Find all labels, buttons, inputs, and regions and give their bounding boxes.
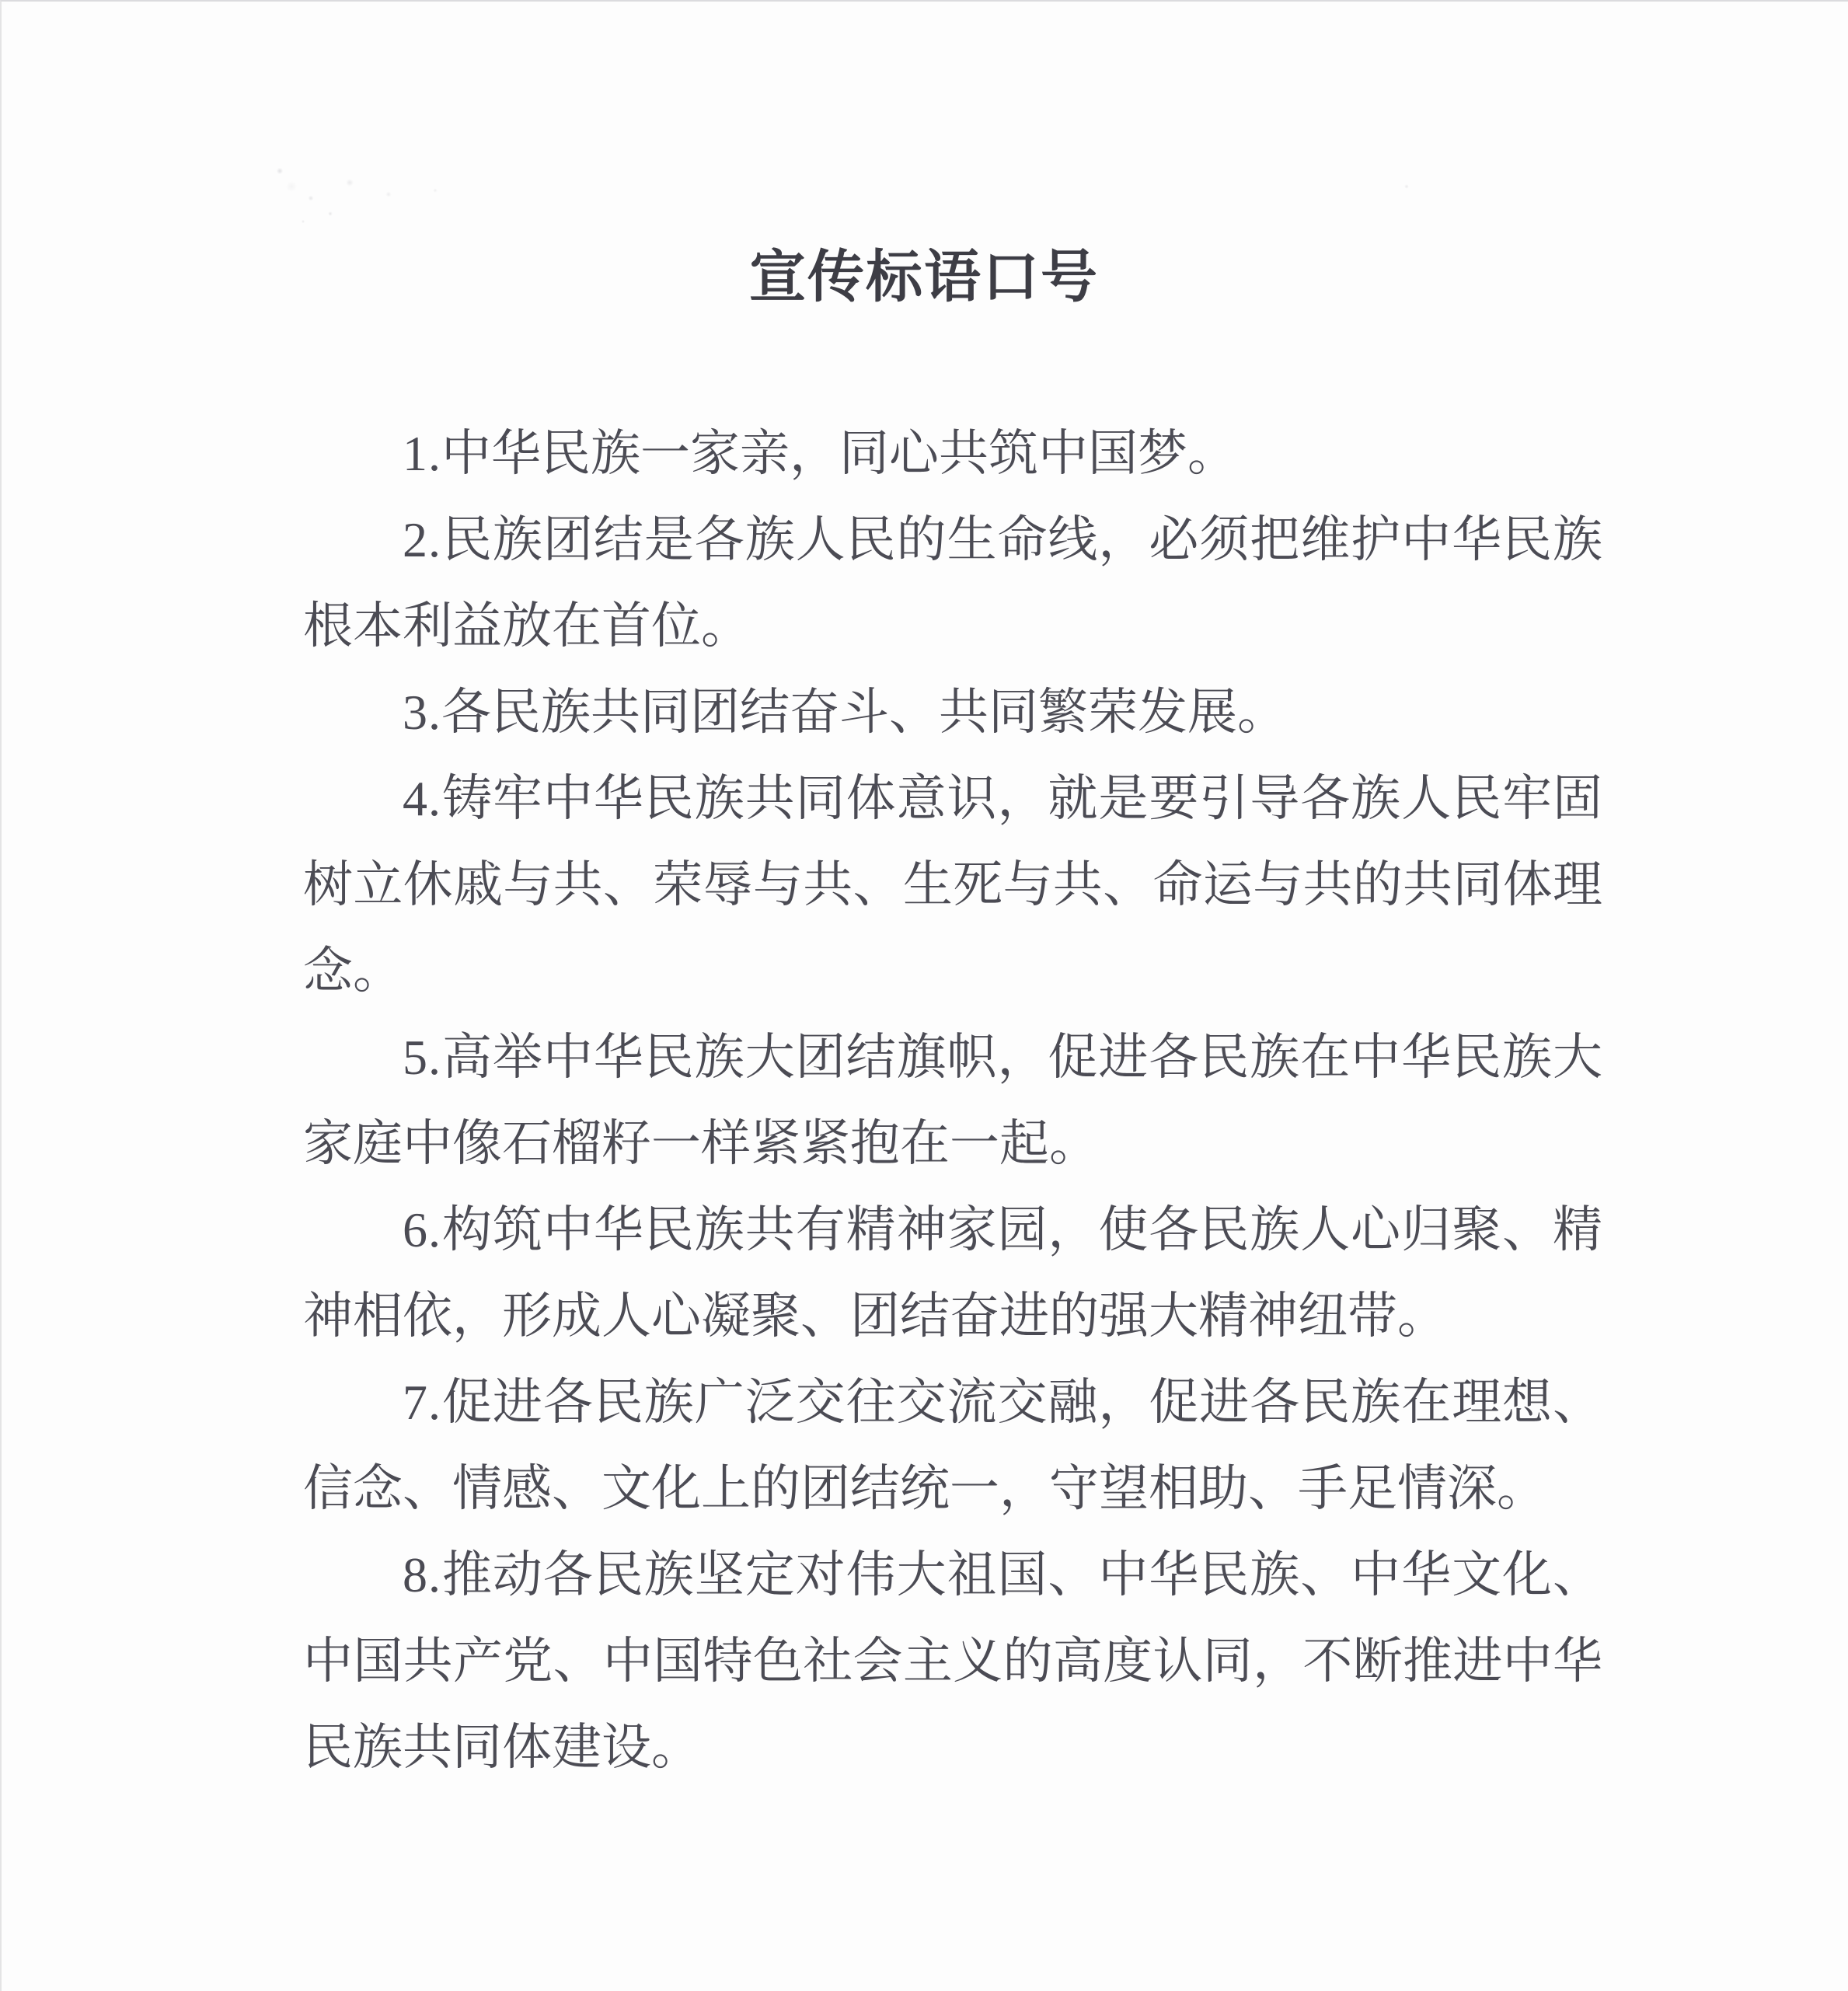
slogan-item-8: 8.推动各民族坚定对伟大祖国、中华民族、中华文化、中国共产党、中国特色社会主义的… (303, 1532, 1602, 1791)
slogan-number: 1. (403, 426, 441, 481)
slogan-list: 1.中华民族一家亲，同心共筑中国梦。 2.民族团结是各族人民的生命线，必须把维护… (303, 410, 1602, 1791)
slogan-text: 高举中华民族大团结旗帜，促进各民族在中华民族大家庭中像石榴籽一样紧紧抱在一起。 (303, 1030, 1602, 1171)
slogan-text: 促进各民族广泛交往交流交融，促进各民族在理想、信念、情感、文化上的团结统一，守望… (303, 1375, 1602, 1516)
slogan-number: 3. (403, 685, 441, 740)
slogan-text: 中华民族一家亲，同心共筑中国梦。 (441, 426, 1237, 481)
slogan-item-6: 6.构筑中华民族共有精神家园，使各民族人心归聚、精神相依，形成人心凝聚、团结奋进… (303, 1187, 1602, 1359)
slogan-number: 2. (403, 512, 441, 567)
slogan-item-2: 2.民族团结是各族人民的生命线，必须把维护中华民族根本利益放在首位。 (303, 497, 1602, 669)
slogan-number: 6. (403, 1202, 441, 1257)
slogan-text: 民族团结是各族人民的生命线，必须把维护中华民族根本利益放在首位。 (303, 512, 1602, 654)
slogan-text: 构筑中华民族共有精神家园，使各民族人心归聚、精神相依，形成人心凝聚、团结奋进的强… (303, 1202, 1602, 1344)
slogan-number: 7. (403, 1375, 441, 1430)
slogan-text: 各民族共同团结奋斗、共同繁荣发展。 (441, 685, 1287, 740)
page-title: 宣传标语口号 (0, 247, 1848, 308)
slogan-item-4: 4.铸牢中华民族共同体意识，就是要引导各族人民牢固树立休戚与共、荣辱与共、生死与… (303, 755, 1602, 1014)
scan-speck (1395, 175, 1418, 198)
scan-smudge (256, 140, 513, 233)
slogan-number: 4. (403, 771, 441, 826)
scanned-document-page: 宣传标语口号 1.中华民族一家亲，同心共筑中国梦。 2.民族团结是各族人民的生命… (0, 0, 1848, 1991)
slogan-item-1: 1.中华民族一家亲，同心共筑中国梦。 (303, 410, 1602, 497)
slogan-number: 5. (403, 1030, 441, 1085)
slogan-number: 8. (403, 1547, 441, 1602)
slogan-item-3: 3.各民族共同团结奋斗、共同繁荣发展。 (303, 669, 1602, 755)
slogan-text: 推动各民族坚定对伟大祖国、中华民族、中华文化、中国共产党、中国特色社会主义的高度… (303, 1547, 1602, 1775)
slogan-item-7: 7.促进各民族广泛交往交流交融，促进各民族在理想、信念、情感、文化上的团结统一，… (303, 1359, 1602, 1532)
slogan-item-5: 5.高举中华民族大团结旗帜，促进各民族在中华民族大家庭中像石榴籽一样紧紧抱在一起… (303, 1014, 1602, 1187)
slogan-text: 铸牢中华民族共同体意识，就是要引导各族人民牢固树立休戚与共、荣辱与共、生死与共、… (303, 771, 1602, 999)
